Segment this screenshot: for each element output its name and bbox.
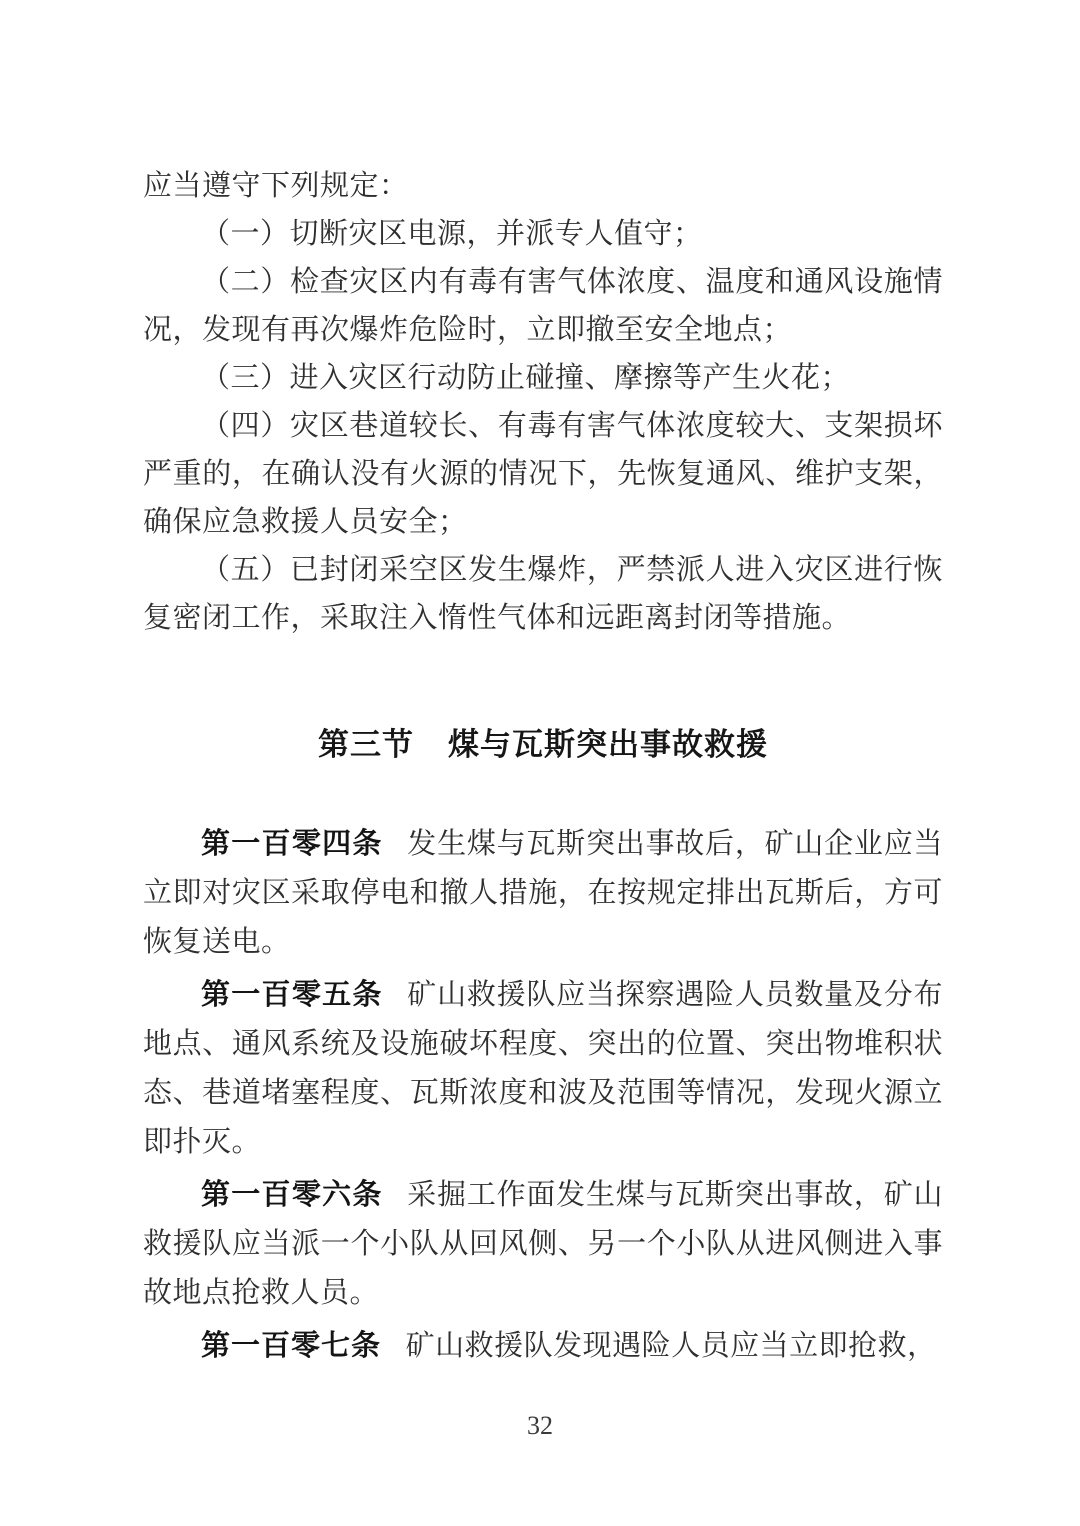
article-106-number: 第一百零六条 xyxy=(201,1179,383,1211)
list-item-3: （三）进入灾区行动防止碰撞、摩擦等产生火花； xyxy=(143,354,943,402)
section-heading-label: 第三节 xyxy=(318,727,414,762)
document-page: 应当遵守下列规定： （一）切断灾区电源，并派专人值守； （二）检查灾区内有毒有害… xyxy=(0,0,1080,1526)
continuation-paragraph: 应当遵守下列规定： xyxy=(143,162,943,210)
list-item-4: （四）灾区巷道较长、有毒有害气体浓度较大、支架损坏严重的，在确认没有火源的情况下… xyxy=(143,402,943,546)
article-104: 第一百零四条发生煤与瓦斯突出事故后，矿山企业应当立即对灾区采取停电和撤人措施，在… xyxy=(143,820,943,967)
article-107: 第一百零七条矿山救援队发现遇险人员应当立即抢救， xyxy=(143,1322,943,1371)
section-heading-title: 煤与瓦斯突出事故救援 xyxy=(448,727,768,762)
article-104-number: 第一百零四条 xyxy=(201,828,383,860)
page-content: 应当遵守下列规定： （一）切断灾区电源，并派专人值守； （二）检查灾区内有毒有害… xyxy=(143,162,943,1375)
list-item-2: （二）检查灾区内有毒有害气体浓度、温度和通风设施情况，发现有再次爆炸危险时，立即… xyxy=(143,258,943,354)
articles-block: 第一百零四条发生煤与瓦斯突出事故后，矿山企业应当立即对灾区采取停电和撤人措施，在… xyxy=(143,820,943,1371)
article-106: 第一百零六条采掘工作面发生煤与瓦斯突出事故，矿山救援队应当派一个小队从回风侧、另… xyxy=(143,1171,943,1318)
article-105: 第一百零五条矿山救援队应当探察遇险人员数量及分布地点、通风系统及设施破坏程度、突… xyxy=(143,971,943,1167)
section-heading: 第三节煤与瓦斯突出事故救援 xyxy=(143,720,943,770)
list-item-1: （一）切断灾区电源，并派专人值守； xyxy=(143,210,943,258)
list-item-5: （五）已封闭采空区发生爆炸，严禁派人进入灾区进行恢复密闭工作，采取注入惰性气体和… xyxy=(143,546,943,642)
article-107-text: 矿山救援队发现遇险人员应当立即抢救， xyxy=(406,1330,937,1362)
article-105-number: 第一百零五条 xyxy=(201,979,383,1011)
article-107-number: 第一百零七条 xyxy=(201,1330,381,1362)
page-number: 32 xyxy=(0,1408,1080,1444)
